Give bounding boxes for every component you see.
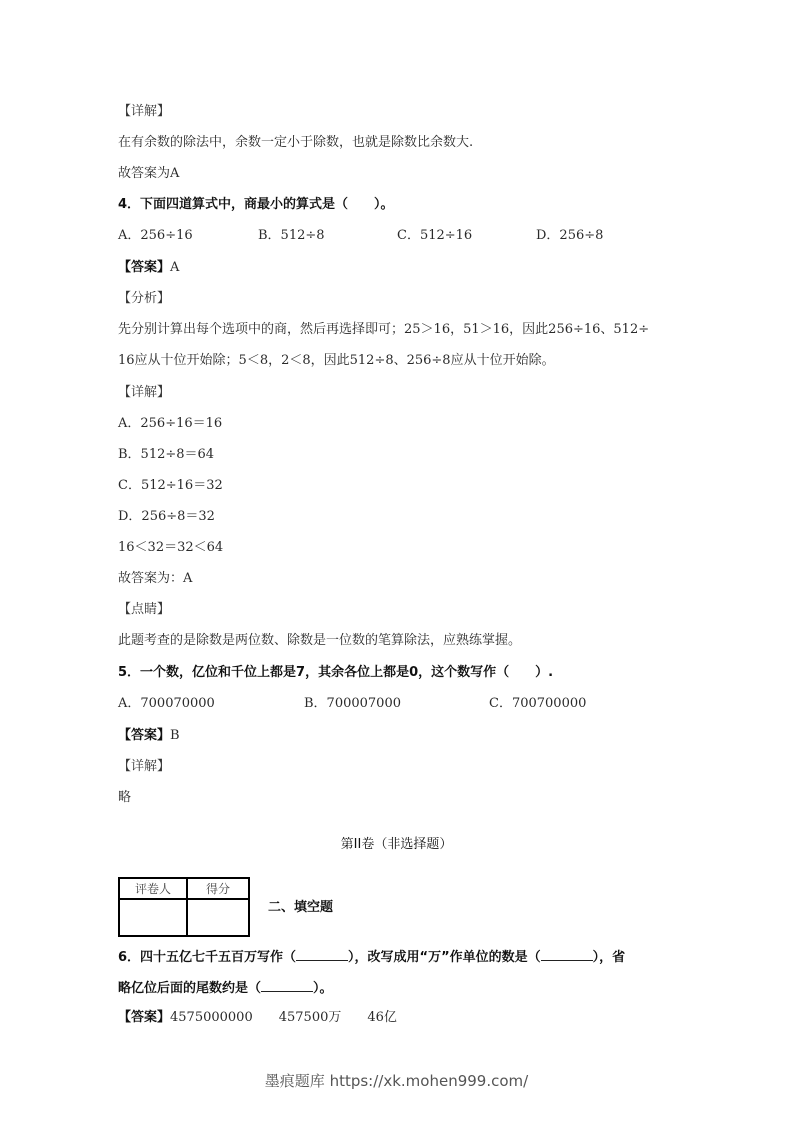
comment-text: 此题考查的是除数是两位数、除数是一位数的笔算除法，应熟练掌握。 [118, 633, 521, 649]
question-6-stem-line-2: 略亿位后面的尾数约是（）。 [118, 979, 333, 997]
detail-text: 略 [118, 790, 131, 806]
option-b: B．700007000 [304, 696, 401, 712]
option-b: B．512÷8 [258, 228, 325, 244]
analysis-line-1: 先分别计算出每个选项中的商，然后再选择即可；25＞16，51＞16，因此256÷… [118, 322, 649, 338]
q6-line2-part-2: ）。 [313, 981, 333, 996]
answer-value-3: 46亿 [367, 1010, 397, 1025]
answer-value: A [170, 260, 179, 275]
option-a: A．256÷16 [118, 228, 193, 244]
comment-tag: 【点睛】 [118, 602, 170, 618]
detail-line: C．512÷16＝32 [118, 478, 223, 494]
detail-text: 在有余数的除法中，余数一定小于除数，也就是除数比余数大. [118, 135, 473, 151]
answer-tag: 【答案】 [118, 260, 170, 275]
grader-header: 评卷人 [119, 878, 187, 899]
q6-part-1: 6．四十五亿七千五百万写作（ [118, 950, 296, 965]
blank-2 [541, 948, 593, 961]
question-4-stem: 4．下面四道算式中，商最小的算式是（ ）。 [118, 197, 394, 213]
grader-cell [119, 899, 187, 936]
conclusion-text: 故答案为A [118, 166, 179, 182]
answer-tag: 【答案】 [118, 728, 170, 743]
option-c: C．512÷16 [397, 228, 472, 244]
answer-tag: 【答案】 [118, 1010, 170, 1025]
answer-line: 【答案】B [118, 728, 180, 744]
q6-line2-part-1: 略亿位后面的尾数约是（ [118, 981, 261, 996]
detail-line: D．256÷8＝32 [118, 509, 215, 525]
section-heading: 二、填空题 [268, 900, 333, 916]
detail-line: 故答案为：A [118, 571, 192, 587]
score-cell [187, 899, 249, 936]
score-header: 得分 [187, 878, 249, 899]
answer-value: B [170, 728, 180, 743]
detail-tag: 【详解】 [118, 759, 170, 775]
blank-3 [261, 979, 313, 992]
option-a: A．700070000 [118, 696, 215, 712]
option-d: D．256÷8 [536, 228, 603, 244]
blank-1 [296, 948, 348, 961]
question-5-stem: 5．一个数，亿位和千位上都是7，其余各位上都是0，这个数写作（ ）. [118, 665, 553, 681]
detail-tag: 【详解】 [118, 104, 170, 120]
q6-part-3: ），省 [593, 950, 626, 965]
detail-line: 16＜32＝32＜64 [118, 540, 223, 556]
analysis-tag: 【分析】 [118, 291, 170, 307]
answer-value-2: 457500万 [279, 1010, 342, 1025]
answer-line: 【答案】A [118, 260, 179, 276]
question-6-stem-line-1: 6．四十五亿七千五百万写作（），改写成用“万”作单位的数是（），省 [118, 948, 625, 966]
detail-line: A．256÷16＝16 [118, 416, 222, 432]
score-table: 评卷人 得分 [118, 877, 250, 937]
option-c: C．700700000 [489, 696, 586, 712]
answer-line: 【答案】4575000000457500万46亿 [118, 1010, 397, 1026]
section-title: 第II卷（非选择题） [0, 837, 793, 853]
detail-line: B．512÷8＝64 [118, 447, 214, 463]
footer-watermark: 墨痕题库 https://xk.mohen999.com/ [0, 1070, 793, 1091]
detail-tag: 【详解】 [118, 385, 170, 401]
q6-part-2: ），改写成用“万”作单位的数是（ [348, 950, 541, 965]
analysis-line-2: 16应从十位开始除；5＜8，2＜8，因此512÷8、256÷8应从十位开始除。 [118, 353, 555, 369]
answer-value-1: 4575000000 [170, 1010, 253, 1025]
